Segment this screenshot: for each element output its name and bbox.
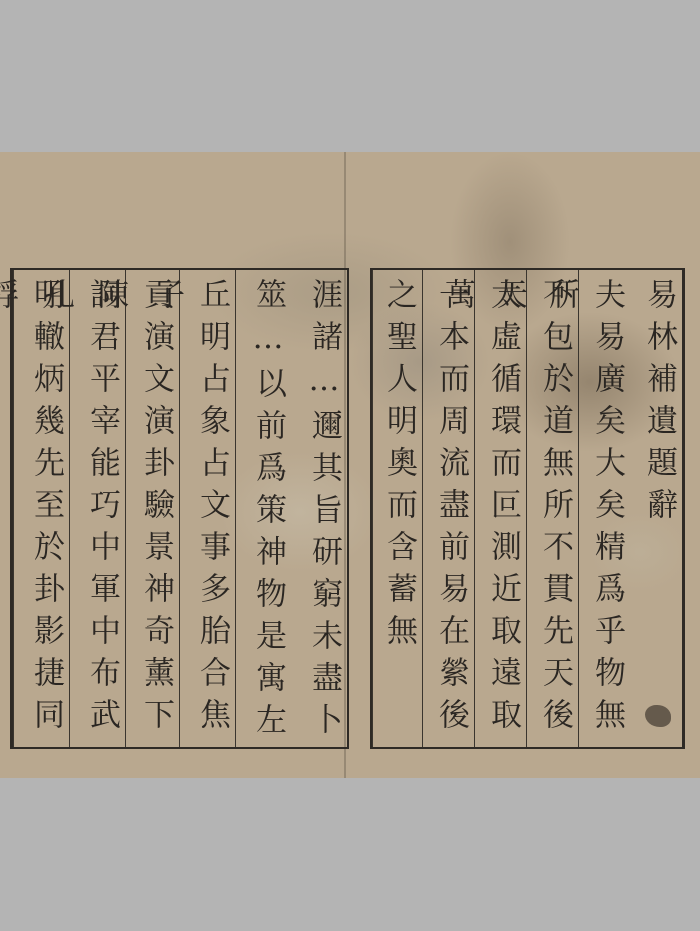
right-page-text-block: 易林補遺題辭 夫易廣矣大矣精爲乎物無所 不包於道無所不貫先天後天 太虛循環而叵測… bbox=[370, 268, 685, 749]
text-column: 涯諸…邇其旨研窮未盡卜 bbox=[291, 270, 347, 747]
text-column: 丘明占象占文事多胎合焦子 bbox=[179, 270, 235, 747]
text-column: 詞君平宰能巧中軍中布武孔 bbox=[69, 270, 125, 747]
text-column: 明轍炳幾先至於卦影捷同桴 bbox=[13, 270, 69, 747]
left-page-text-block: 涯諸…邇其旨研窮未盡卜 筮…以前爲策神物是寓左 丘明占象占文事多胎合焦子 貢演文… bbox=[10, 268, 349, 749]
text-column: 一本而周流盡前易在縈後 bbox=[422, 270, 474, 747]
text-column: 不包於道無所不貫先天後天 bbox=[526, 270, 578, 747]
text-column: 太虛循環而叵測近取遠取萬 bbox=[474, 270, 526, 747]
text-column: 之聖人明奧而含蓄無 bbox=[372, 270, 422, 747]
insect-stain bbox=[645, 705, 671, 727]
text-column: 貢演文演卦驗景神奇薰下陳 bbox=[125, 270, 179, 747]
text-column: 筮…以前爲策神物是寓左 bbox=[235, 270, 291, 747]
text-column-title: 易林補遺題辭 bbox=[630, 270, 682, 747]
text-column: 夫易廣矣大矣精爲乎物無所 bbox=[578, 270, 630, 747]
